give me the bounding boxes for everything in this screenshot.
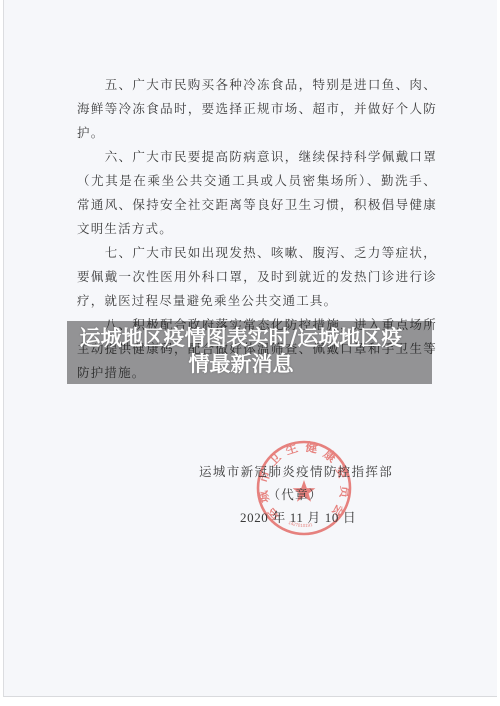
text-line: 六、广大市民要提高防病意识，继续保持科学佩戴口罩 (77, 145, 437, 169)
text-line: 五、广大市民购买各种冷冻食品，特别是进口鱼、肉、 (77, 73, 437, 97)
signature-organization: 运城市新冠肺炎疫情防控指挥部 (199, 464, 393, 480)
text-line: 文明生活方式。 (77, 217, 437, 241)
caption-title: 运城地区疫情图表实时/运城地区疫情最新消息 (76, 325, 406, 377)
text-line: 常通风、保持安全社交距离等良好卫生习惯，积极倡导健康 (77, 193, 437, 217)
paragraph-5: 五、广大市民购买各种冷冻食品，特别是进口鱼、肉、 海鲜等冷冻食品时，要选择正规市… (77, 73, 437, 145)
paragraph-6: 六、广大市民要提高防病意识，继续保持科学佩戴口罩 （尤其是在乘坐公共交通工具或人… (77, 145, 437, 241)
text-line: 疗，就医过程尽量避免乘坐公共交通工具。 (77, 289, 437, 313)
paragraph-7: 七、广大市民如出现发热、咳嗽、腹泻、乏力等症状， 要佩戴一次性医用外科口罩，及时… (77, 241, 437, 313)
caption-overlay: 运城地区疫情图表实时/运城地区疫情最新消息 (67, 321, 432, 384)
text-line: 海鲜等冷冻食品时，要选择正规市场、超市，并做好个人防 (77, 97, 437, 121)
signature-seal-note: （代章） (267, 487, 323, 503)
text-line: 要佩戴一次性医用外科口罩，及时到就近的发热门诊进行诊 (77, 265, 437, 289)
signature-date: 2020 年 11 月 10 日 (240, 510, 356, 526)
text-line: 护。 (77, 121, 437, 145)
text-line: 七、广大市民如出现发热、咳嗽、腹泻、乏力等症状， (77, 241, 437, 265)
text-line: （尤其是在乘坐公共交通工具或人员密集场所）、勤洗手、 (77, 169, 437, 193)
